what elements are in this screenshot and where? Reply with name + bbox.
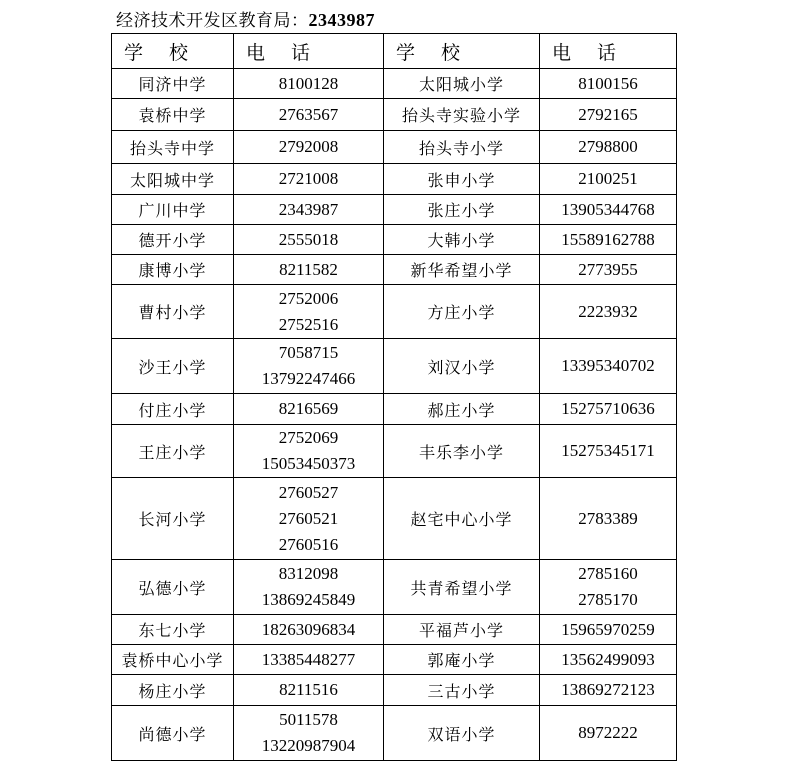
phone-cell-left: 2721008 bbox=[234, 164, 384, 195]
phone-number: 15965970259 bbox=[540, 617, 676, 643]
phone-cell-right: 15965970259 bbox=[540, 615, 677, 645]
phone-number: 2223932 bbox=[540, 299, 676, 325]
school-name-right: 抬头寺小学 bbox=[384, 131, 540, 164]
table-row: 太阳城中学2721008张申小学2100251 bbox=[112, 164, 677, 195]
school-name-left: 广川中学 bbox=[112, 195, 234, 225]
phone-cell-right: 13395340702 bbox=[540, 339, 677, 394]
title-phone: 2343987 bbox=[309, 10, 376, 30]
school-name-right: 双语小学 bbox=[384, 706, 540, 761]
table-body: 同济中学8100128太阳城小学8100156袁桥中学2763567抬头寺实验小… bbox=[112, 69, 677, 761]
school-name-left: 同济中学 bbox=[112, 69, 234, 99]
phone-cell-left: 18263096834 bbox=[234, 615, 384, 645]
phone-number: 2792165 bbox=[540, 102, 676, 128]
phone-cell-left: 705871513792247466 bbox=[234, 339, 384, 394]
phone-number: 2343987 bbox=[234, 197, 383, 223]
title-label: 经济技术开发区教育局： bbox=[116, 11, 309, 31]
phone-number: 15275710636 bbox=[540, 396, 676, 422]
phone-number: 18263096834 bbox=[234, 617, 383, 643]
phone-number: 2763567 bbox=[234, 102, 383, 128]
table-row: 袁桥中心小学13385448277郭庵小学13562499093 bbox=[112, 645, 677, 675]
phone-cell-right: 2783389 bbox=[540, 478, 677, 560]
phone-number: 5011578 bbox=[234, 707, 383, 733]
phone-number: 8100128 bbox=[234, 71, 383, 97]
phone-number: 2760521 bbox=[234, 506, 383, 532]
school-name-left: 沙王小学 bbox=[112, 339, 234, 394]
table-row: 德开小学2555018大韩小学15589162788 bbox=[112, 225, 677, 255]
phone-cell-left: 8211582 bbox=[234, 255, 384, 285]
phone-number: 15053450373 bbox=[234, 451, 383, 477]
column-header-phone-right: 电 话 bbox=[540, 34, 677, 69]
phone-number: 8211516 bbox=[234, 677, 383, 703]
phone-cell-right: 27851602785170 bbox=[540, 560, 677, 615]
school-name-left: 弘德小学 bbox=[112, 560, 234, 615]
phone-cell-left: 2555018 bbox=[234, 225, 384, 255]
phone-number: 15275345171 bbox=[540, 438, 676, 464]
phone-number: 2760527 bbox=[234, 480, 383, 506]
phone-number: 2760516 bbox=[234, 532, 383, 558]
school-name-left: 抬头寺中学 bbox=[112, 131, 234, 164]
phone-number: 2752516 bbox=[234, 312, 383, 338]
phone-cell-right: 13905344768 bbox=[540, 195, 677, 225]
school-name-right: 太阳城小学 bbox=[384, 69, 540, 99]
table-row: 长河小学276052727605212760516赵宅中心小学2783389 bbox=[112, 478, 677, 560]
school-name-left: 太阳城中学 bbox=[112, 164, 234, 195]
school-name-right: 赵宅中心小学 bbox=[384, 478, 540, 560]
phone-cell-left: 2343987 bbox=[234, 195, 384, 225]
school-name-left: 杨庄小学 bbox=[112, 675, 234, 706]
phone-cell-left: 275206915053450373 bbox=[234, 425, 384, 478]
column-header-phone-left: 电 话 bbox=[234, 34, 384, 69]
column-header-school-right: 学 校 bbox=[384, 34, 540, 69]
phone-number: 13395340702 bbox=[540, 353, 676, 379]
school-name-right: 张庄小学 bbox=[384, 195, 540, 225]
phone-cell-right: 13562499093 bbox=[540, 645, 677, 675]
phone-cell-right: 8100156 bbox=[540, 69, 677, 99]
phone-number: 2792008 bbox=[234, 134, 383, 160]
table-row: 弘德小学831209813869245849共青希望小学278516027851… bbox=[112, 560, 677, 615]
phone-number: 13905344768 bbox=[540, 197, 676, 223]
phone-number: 2721008 bbox=[234, 166, 383, 192]
table-row: 同济中学8100128太阳城小学8100156 bbox=[112, 69, 677, 99]
table-row: 东七小学18263096834平福芦小学15965970259 bbox=[112, 615, 677, 645]
phone-number: 15589162788 bbox=[540, 227, 676, 253]
phone-cell-left: 8211516 bbox=[234, 675, 384, 706]
school-phone-table: 学 校 电 话 学 校 电 话 同济中学8100128太阳城小学8100156袁… bbox=[111, 33, 677, 761]
table-row: 付庄小学8216569郝庄小学15275710636 bbox=[112, 394, 677, 425]
phone-number: 13385448277 bbox=[234, 647, 383, 673]
table-row: 杨庄小学8211516三古小学13869272123 bbox=[112, 675, 677, 706]
phone-cell-left: 13385448277 bbox=[234, 645, 384, 675]
phone-number: 2752069 bbox=[234, 425, 383, 451]
school-name-left: 曹村小学 bbox=[112, 285, 234, 339]
phone-number: 13792247466 bbox=[234, 366, 383, 392]
phone-cell-right: 2773955 bbox=[540, 255, 677, 285]
page-title: 经济技术开发区教育局：2343987 bbox=[116, 6, 375, 31]
school-name-left: 长河小学 bbox=[112, 478, 234, 560]
table-header-row: 学 校 电 话 学 校 电 话 bbox=[112, 34, 677, 69]
phone-number: 8972222 bbox=[540, 720, 676, 746]
phone-cell-right: 15275710636 bbox=[540, 394, 677, 425]
phone-cell-right: 2223932 bbox=[540, 285, 677, 339]
phone-cell-right: 15275345171 bbox=[540, 425, 677, 478]
phone-cell-left: 276052727605212760516 bbox=[234, 478, 384, 560]
school-name-right: 平福芦小学 bbox=[384, 615, 540, 645]
phone-number: 2555018 bbox=[234, 227, 383, 253]
phone-cell-left: 2763567 bbox=[234, 99, 384, 131]
table-row: 王庄小学275206915053450373丰乐李小学15275345171 bbox=[112, 425, 677, 478]
phone-cell-left: 831209813869245849 bbox=[234, 560, 384, 615]
phone-number: 8100156 bbox=[540, 71, 676, 97]
table-row: 抬头寺中学2792008抬头寺小学2798800 bbox=[112, 131, 677, 164]
school-name-left: 尚德小学 bbox=[112, 706, 234, 761]
phone-number: 2785160 bbox=[540, 561, 676, 587]
school-name-right: 丰乐李小学 bbox=[384, 425, 540, 478]
phone-number: 13869272123 bbox=[540, 677, 676, 703]
school-name-right: 大韩小学 bbox=[384, 225, 540, 255]
phone-cell-left: 27520062752516 bbox=[234, 285, 384, 339]
phone-number: 2752006 bbox=[234, 286, 383, 312]
table-row: 曹村小学27520062752516方庄小学2223932 bbox=[112, 285, 677, 339]
table-row: 康博小学8211582新华希望小学2773955 bbox=[112, 255, 677, 285]
table-row: 沙王小学705871513792247466刘汉小学13395340702 bbox=[112, 339, 677, 394]
phone-cell-right: 2792165 bbox=[540, 99, 677, 131]
school-name-left: 袁桥中学 bbox=[112, 99, 234, 131]
phone-cell-right: 2100251 bbox=[540, 164, 677, 195]
school-name-left: 付庄小学 bbox=[112, 394, 234, 425]
table-row: 广川中学2343987张庄小学13905344768 bbox=[112, 195, 677, 225]
phone-number: 8211582 bbox=[234, 257, 383, 283]
phone-cell-left: 8216569 bbox=[234, 394, 384, 425]
school-name-right: 郝庄小学 bbox=[384, 394, 540, 425]
phone-cell-right: 2798800 bbox=[540, 131, 677, 164]
school-name-left: 王庄小学 bbox=[112, 425, 234, 478]
phone-number: 2100251 bbox=[540, 166, 676, 192]
school-name-right: 新华希望小学 bbox=[384, 255, 540, 285]
phone-number: 2773955 bbox=[540, 257, 676, 283]
phone-cell-right: 13869272123 bbox=[540, 675, 677, 706]
school-name-right: 三古小学 bbox=[384, 675, 540, 706]
school-name-right: 抬头寺实验小学 bbox=[384, 99, 540, 131]
phone-cell-left: 501157813220987904 bbox=[234, 706, 384, 761]
school-name-left: 德开小学 bbox=[112, 225, 234, 255]
phone-number: 2798800 bbox=[540, 134, 676, 160]
phone-number: 2783389 bbox=[540, 506, 676, 532]
table-row: 尚德小学501157813220987904双语小学8972222 bbox=[112, 706, 677, 761]
school-name-right: 方庄小学 bbox=[384, 285, 540, 339]
phone-number: 13562499093 bbox=[540, 647, 676, 673]
phone-number: 8312098 bbox=[234, 561, 383, 587]
phone-number: 13869245849 bbox=[234, 587, 383, 613]
school-name-right: 共青希望小学 bbox=[384, 560, 540, 615]
table-row: 袁桥中学2763567抬头寺实验小学2792165 bbox=[112, 99, 677, 131]
school-name-left: 康博小学 bbox=[112, 255, 234, 285]
school-name-right: 郭庵小学 bbox=[384, 645, 540, 675]
phone-number: 2785170 bbox=[540, 587, 676, 613]
school-name-right: 张申小学 bbox=[384, 164, 540, 195]
phone-number: 7058715 bbox=[234, 340, 383, 366]
phone-cell-left: 8100128 bbox=[234, 69, 384, 99]
phone-cell-right: 8972222 bbox=[540, 706, 677, 761]
phone-number: 8216569 bbox=[234, 396, 383, 422]
column-header-school-left: 学 校 bbox=[112, 34, 234, 69]
phone-cell-left: 2792008 bbox=[234, 131, 384, 164]
school-name-right: 刘汉小学 bbox=[384, 339, 540, 394]
school-name-left: 袁桥中心小学 bbox=[112, 645, 234, 675]
phone-cell-right: 15589162788 bbox=[540, 225, 677, 255]
phone-number: 13220987904 bbox=[234, 733, 383, 759]
school-name-left: 东七小学 bbox=[112, 615, 234, 645]
